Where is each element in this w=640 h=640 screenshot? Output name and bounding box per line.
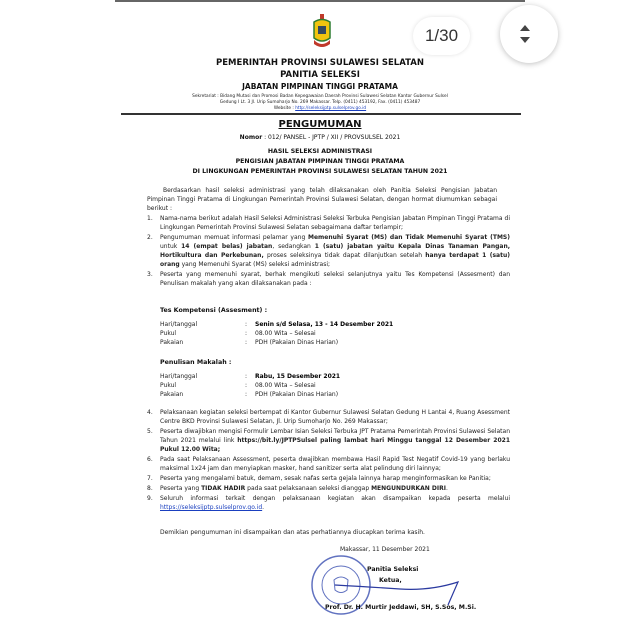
document-page[interactable]: PEMERINTAH PROVINSI SULAWESI SELATAN PAN… bbox=[115, 0, 525, 640]
item-bold: TIDAK HADIR bbox=[201, 485, 245, 492]
list-item: 7.Peserta yang mengalami batuk, demam, s… bbox=[160, 474, 510, 483]
signature-name: Prof. Dr. H. Murtir Jeddawi, SH, S.Sos, … bbox=[325, 604, 476, 611]
item-text: . bbox=[262, 504, 264, 511]
schedule-title-paper: Penulisan Makalah : bbox=[160, 359, 231, 366]
list-item: 9.Seluruh informasi terkait dengan pelak… bbox=[160, 494, 510, 512]
item-bold: Memenuhi Syarat (MS) dan Tidak Memenuhi … bbox=[308, 234, 510, 241]
item-bold: MENGUNDURKAN DIRI bbox=[371, 485, 446, 492]
page-indicator: 1/30 bbox=[413, 17, 470, 55]
item-text: Peserta yang memenuhi syarat, berhak men… bbox=[160, 271, 510, 287]
schedule-key: Pakaian bbox=[160, 390, 245, 399]
item-text: . bbox=[446, 485, 448, 492]
item-text: untuk bbox=[160, 243, 181, 250]
item-text: pada saat pelaksanaan seleksi dianggap bbox=[245, 485, 371, 492]
viewer-margin bbox=[525, 0, 640, 640]
item-text: yang Memenuhi Syarat (MS) seleksi admini… bbox=[180, 261, 330, 268]
letterhead-secretariat: Sekretariat : Bidang Mutasi dan Promosi … bbox=[125, 94, 515, 112]
item-number: 1. bbox=[147, 214, 153, 223]
item-text: Peserta yang bbox=[160, 485, 201, 492]
schedule-value: 08.00 Wita – Selesai bbox=[255, 329, 316, 338]
schedule-row: Hari/tanggal:Rabu, 15 Desember 2021 bbox=[160, 372, 340, 381]
item-number: 5. bbox=[147, 427, 153, 436]
item-text: Pada saat Pelaksanaan Assessment, pesert… bbox=[160, 456, 510, 472]
item-number: 4. bbox=[147, 408, 153, 417]
schedule-paper: Hari/tanggal:Rabu, 15 Desember 2021 Puku… bbox=[160, 372, 340, 399]
subtitle-1: HASIL SELEKSI ADMINISTRASI bbox=[115, 148, 525, 155]
list-item: 2.Pengumuman memuat informasi pelamar ya… bbox=[160, 233, 510, 269]
list-item: 1.Nama-nama berikut adalah Hasil Seleksi… bbox=[160, 214, 510, 232]
arrow-down-icon bbox=[520, 37, 530, 43]
item-text: proses seleksinya tidak dapat dilanjutka… bbox=[264, 252, 426, 259]
schedule-row: Pukul:08.00 Wita – Selesai bbox=[160, 329, 393, 338]
schedule-key: Pukul bbox=[160, 329, 245, 338]
list-item: 3.Peserta yang memenuhi syarat, berhak m… bbox=[160, 270, 510, 288]
letterhead-position: JABATAN PIMPINAN TINGGI PRATAMA bbox=[115, 82, 525, 91]
letterhead-committee: PANITIA SELEKSI bbox=[115, 70, 525, 80]
announcement-number: Nomor : 012/ PANSEL - JPTP / XII / PROVS… bbox=[115, 134, 525, 141]
schedule-value: PDH (Pakaian Dinas Harian) bbox=[255, 390, 338, 399]
item-text: , sedangkan bbox=[272, 243, 314, 250]
schedule-row: Pakaian:PDH (Pakaian Dinas Harian) bbox=[160, 390, 340, 399]
schedule-value: 08.00 Wita – Selesai bbox=[255, 381, 316, 390]
schedule-row: Pukul:08.00 Wita – Selesai bbox=[160, 381, 340, 390]
website-label: Website : bbox=[274, 106, 294, 111]
schedule-value: Senin s/d Selasa, 13 - 14 Desember 2021 bbox=[255, 321, 393, 328]
announcement-title: PENGUMUMAN bbox=[115, 119, 525, 130]
subtitle-3: DI LINGKUNGAN PEMERINTAH PROVINSI SULAWE… bbox=[115, 168, 525, 175]
signature-organization: Panitia Seleksi bbox=[367, 566, 418, 573]
scroll-handle[interactable] bbox=[500, 5, 558, 63]
list-item: 4.Pelaksanaan kegiatan seleksi bertempat… bbox=[160, 408, 510, 426]
website-link[interactable]: http://seleksijptp.sulselprov.go.id bbox=[295, 106, 366, 111]
nomor-label: Nomor bbox=[240, 134, 262, 141]
schedule-value: Rabu, 15 Desember 2021 bbox=[255, 373, 340, 380]
subtitle-2: PENGISIAN JABATAN PIMPINAN TINGGI PRATAM… bbox=[115, 158, 525, 165]
arrow-up-icon bbox=[520, 25, 530, 31]
provincial-crest-icon bbox=[312, 14, 332, 48]
item-text: Pengumuman memuat informasi pelamar yang bbox=[160, 234, 308, 241]
schedule-key: Hari/tanggal bbox=[160, 320, 245, 329]
document-viewer: PEMERINTAH PROVINSI SULAWESI SELATAN PAN… bbox=[0, 0, 640, 640]
schedule-assessment: Hari/tanggal:Senin s/d Selasa, 13 - 14 D… bbox=[160, 320, 393, 347]
closing-paragraph: Demikian pengumuman ini disampaikan dan … bbox=[160, 529, 425, 536]
nomor-value: : 012/ PANSEL - JPTP / XII / PROVSULSEL … bbox=[264, 134, 400, 141]
list-item: 5.Peserta diwajibkan mengisi Formulir Le… bbox=[160, 427, 510, 454]
signature-role: Ketua, bbox=[379, 577, 402, 584]
item-number: 9. bbox=[147, 494, 153, 503]
schedule-value: PDH (Pakaian Dinas Harian) bbox=[255, 338, 338, 347]
item-number: 2. bbox=[147, 233, 153, 242]
item-bold: 14 (empat belas) jabatan bbox=[181, 243, 272, 250]
item-number: 6. bbox=[147, 455, 153, 464]
announcement-list-1: 1.Nama-nama berikut adalah Hasil Seleksi… bbox=[147, 214, 510, 289]
item-text: Seluruh informasi terkait dengan pelaksa… bbox=[160, 495, 510, 502]
letterhead-government: PEMERINTAH PROVINSI SULAWESI SELATAN bbox=[115, 58, 525, 68]
announcement-list-2: 4.Pelaksanaan kegiatan seleksi bertempat… bbox=[147, 408, 510, 513]
letterhead-divider bbox=[121, 113, 521, 115]
list-item: 8.Peserta yang TIDAK HADIR pada saat pel… bbox=[160, 484, 510, 493]
item-text: Nama-nama berikut adalah Hasil Seleksi A… bbox=[160, 215, 510, 231]
intro-paragraph: Berdasarkan hasil seleksi administrasi y… bbox=[147, 186, 497, 213]
schedule-key: Pakaian bbox=[160, 338, 245, 347]
item-number: 8. bbox=[147, 484, 153, 493]
list-item: 6.Pada saat Pelaksanaan Assessment, pese… bbox=[160, 455, 510, 473]
schedule-key: Hari/tanggal bbox=[160, 372, 245, 381]
info-link[interactable]: https://seleksijptp.sulselprov.go.id bbox=[160, 504, 262, 511]
schedule-row: Hari/tanggal:Senin s/d Selasa, 13 - 14 D… bbox=[160, 320, 393, 329]
signature-place-date: Makassar, 11 Desember 2021 bbox=[340, 546, 430, 553]
item-number: 7. bbox=[147, 474, 153, 483]
item-number: 3. bbox=[147, 270, 153, 279]
item-text: Peserta yang mengalami batuk, demam, ses… bbox=[160, 475, 491, 482]
schedule-row: Pakaian:PDH (Pakaian Dinas Harian) bbox=[160, 338, 393, 347]
schedule-key: Pukul bbox=[160, 381, 245, 390]
item-text: Pelaksanaan kegiatan seleksi bertempat d… bbox=[160, 409, 510, 425]
schedule-title-assessment: Tes Kompetensi (Assesment) : bbox=[160, 307, 267, 314]
